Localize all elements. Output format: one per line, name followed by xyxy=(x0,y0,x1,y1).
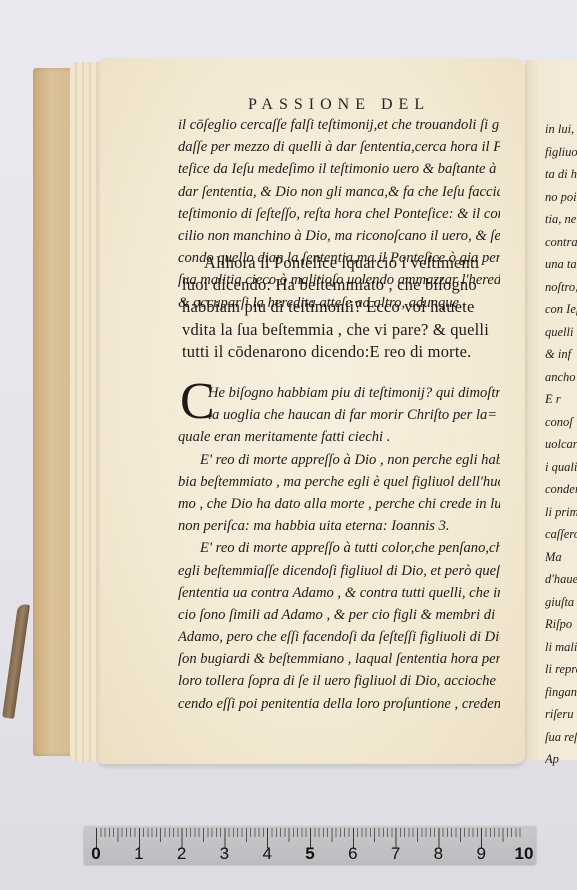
text-line: quale eran meritamente fatti ciechi . xyxy=(178,426,500,448)
text-line: He biſogno habbiam piu di teſtimonij? qu… xyxy=(178,382,500,404)
text-line: ſententia ua contra Adamo , & contra tut… xyxy=(178,582,500,604)
text-line: cendo eſſi poi penitentia della loro pro… xyxy=(178,693,500,715)
text-line: riſeru xyxy=(545,703,577,726)
text-line: teſice da Ieſu medeſimo il teſtimonio ue… xyxy=(178,158,500,180)
text-line: figliuo xyxy=(545,141,577,164)
text-line: giuſta ſ xyxy=(545,591,577,614)
text-line: li prim xyxy=(545,501,577,524)
book-photo-scene: PASSIONE DEL il cōſeglio cercaſſe falſi … xyxy=(0,0,577,890)
text-line: ancho xyxy=(545,366,577,389)
text-line: cio ſono ſimili ad Adamo , & per cio fig… xyxy=(178,604,500,626)
text-line: il cōſeglio cercaſſe falſi teſtimonij,et… xyxy=(178,114,500,136)
text-line: caſſero xyxy=(545,523,577,546)
text-line: no poi xyxy=(545,186,577,209)
text-line: noſtro, xyxy=(545,276,577,299)
text-line: habbiam piu di teſtimonii? Ecco voi haue… xyxy=(182,296,504,318)
text-line: tutti il cōdenarono dicendo:E reo di mor… xyxy=(182,341,504,363)
text-line: cilio non manchino à Dio, ma riconoſcano… xyxy=(178,225,500,247)
text-line: ſua reſ xyxy=(545,726,577,749)
text-line: ſuoi dicendo: Ha beſtemmiato , che biſog… xyxy=(182,274,504,296)
text-line: E' reo di morte appreſſo à tutti color,c… xyxy=(178,537,500,559)
text-line: E' reo di morte appreſſo à Dio , non per… xyxy=(178,449,500,471)
text-line: Riſpo xyxy=(545,613,577,636)
ruler-label: 9 xyxy=(476,844,485,864)
text-line: contra, xyxy=(545,231,577,254)
text-line: E r xyxy=(545,388,577,411)
ruler-label: 1 xyxy=(134,844,143,864)
text-line: li repre xyxy=(545,658,577,681)
text-line: non periſca: ma habbia uita eterna: Ioan… xyxy=(178,515,500,537)
bookmark-ribbon xyxy=(2,603,30,719)
text-line: ta di h xyxy=(545,163,577,186)
text-line: uolcar xyxy=(545,433,577,456)
ruler-label: 8 xyxy=(434,844,443,864)
page-fore-edges xyxy=(70,62,102,762)
text-line: conder xyxy=(545,478,577,501)
text-line: li malit xyxy=(545,636,577,659)
text-line: la uoglia che haucan di far morir Chriſt… xyxy=(178,404,500,426)
text-line: teſtimonio di ſeſteſſo, reſta hora chel … xyxy=(178,203,500,225)
text-line: daſſe per mezzo di quelli à dar ſententi… xyxy=(178,136,500,158)
ruler-label: 0 xyxy=(91,844,100,864)
text-line: ſon bugiardi & beſtemmiano , laqual ſent… xyxy=(178,648,500,670)
text-line: una tal xyxy=(545,253,577,276)
text-line: Ap xyxy=(545,748,577,771)
text-line: vdita la ſua beſtemmia , che vi pare? & … xyxy=(182,319,504,341)
ruler-labels: 0 1 2 3 4 5 6 7 8 9 10 xyxy=(84,844,536,864)
ruler-label: 6 xyxy=(348,844,357,864)
ruler-label: 5 xyxy=(305,844,314,864)
ruler-label: 3 xyxy=(220,844,229,864)
text-line: mo , che Dio ha dato alla morte , perche… xyxy=(178,493,500,515)
text-line: quelli , xyxy=(545,321,577,344)
text-line: i quali xyxy=(545,456,577,479)
running-head: PASSIONE DEL xyxy=(248,96,430,114)
ruler-label: 10 xyxy=(515,844,534,864)
paragraph-2-gospel: Allhora il Ponteſice ſquarcio i veſtimen… xyxy=(182,252,504,363)
text-line: con Ieſ xyxy=(545,298,577,321)
right-page-text-fragments: in lui, figliuo ta di h no poi tia, ne c… xyxy=(545,118,577,771)
ruler-label: 4 xyxy=(262,844,271,864)
text-line: loro tollera ſopra di ſe il uero figliuo… xyxy=(178,670,500,692)
text-line: bia beſtemmiato , ma perche egli è quel … xyxy=(178,471,500,493)
ruler-label: 2 xyxy=(177,844,186,864)
text-line: in lui, xyxy=(545,118,577,141)
text-line: fingan xyxy=(545,681,577,704)
text-line: egli beſtemmiaſſe dicendoſi figliuol di … xyxy=(178,560,500,582)
paragraph-3-commentary: He biſogno habbiam piu di teſtimonij? qu… xyxy=(178,382,500,715)
text-line: & inf xyxy=(545,343,577,366)
ruler-label: 7 xyxy=(391,844,400,864)
measuring-ruler: 0 1 2 3 4 5 6 7 8 9 10 xyxy=(84,826,536,864)
text-line: dar ſententia, & Dio non gli manca,& fa … xyxy=(178,181,500,203)
text-line: Allhora il Ponteſice ſquarcio i veſtimen… xyxy=(182,252,504,274)
text-line: Ma xyxy=(545,546,577,569)
text-line: conoſ xyxy=(545,411,577,434)
text-line: tia, ne xyxy=(545,208,577,231)
text-line: Adamo, pero che eſſi facendoſi da ſeſteſ… xyxy=(178,626,500,648)
text-line: d'hauer xyxy=(545,568,577,591)
